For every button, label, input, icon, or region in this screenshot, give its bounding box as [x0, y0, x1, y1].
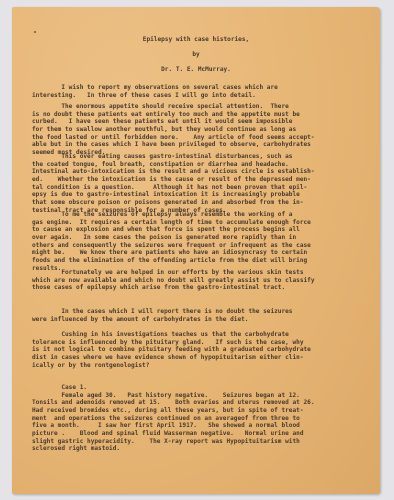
author-name: Dr. T. E. McMurray. [12, 66, 380, 74]
text-line: might be. We know there are patients who… [32, 249, 307, 257]
text-line: that some obscure poison or poisons gene… [32, 199, 304, 207]
text-line: able but in the cases which I have been … [32, 141, 311, 149]
byline-by: by [12, 51, 380, 59]
text-line: To me the seizures of epilepsy always re… [32, 211, 292, 219]
text-line: dist in cases where we have evidence sho… [32, 354, 304, 362]
text-line: Intestinal auto-intoxication is the resu… [32, 168, 315, 176]
text-line: ed. Whether the intoxication is the caus… [32, 176, 311, 184]
text-line: five a month. I saw her first April 1917… [32, 422, 300, 430]
text-line: I wish to report my observations on seve… [32, 84, 278, 92]
text-line: epsy is due to gastro-intestinal intoxic… [32, 191, 300, 199]
text-line: interesting. In three of these cases I w… [32, 92, 256, 100]
text-line: is it not logical to combine pituitary f… [32, 346, 311, 354]
document-title: Epilepsy with case histories, [12, 36, 380, 44]
typewritten-text: Epilepsy with case histories, by Dr. T. … [12, 7, 380, 68]
text-line: Cushing in his investigations teaches us… [32, 331, 289, 339]
text-line: Case 1. [32, 384, 87, 392]
text-line: curbed. I have seen these patients eat u… [32, 118, 292, 126]
text-line: Tonsils and adenoids removed at 15. Both… [32, 399, 315, 407]
text-line: foods and the elimination of the offendi… [32, 257, 307, 265]
text-line: for them to swallow another mouthful, bu… [32, 126, 296, 134]
text-line: In the cases which I will report there i… [32, 308, 292, 316]
text-line: Fortunately we are helped in our efforts… [32, 269, 304, 277]
text-line: those cases of epilepsy which arise from… [32, 284, 285, 292]
text-line: picture . Blood and spinal fluid Wasserm… [32, 430, 304, 438]
text-line: The enormous appetite should receive spe… [32, 103, 289, 111]
text-line: to cause an explosion and when that forc… [32, 226, 300, 234]
text-line: ically or by the rontgenologist? [32, 362, 149, 370]
text-line: were influenced by the amount of carbohy… [32, 316, 248, 324]
text-line: Had received bromides etc., during all t… [32, 407, 304, 415]
text-line: sclerosed right mastoid. [32, 445, 120, 453]
text-line: This over eating causes gastro-intestina… [32, 153, 292, 161]
document-page: Epilepsy with case histories, by Dr. T. … [12, 7, 380, 494]
text-line: over again. In some cases the poison is … [32, 234, 296, 242]
